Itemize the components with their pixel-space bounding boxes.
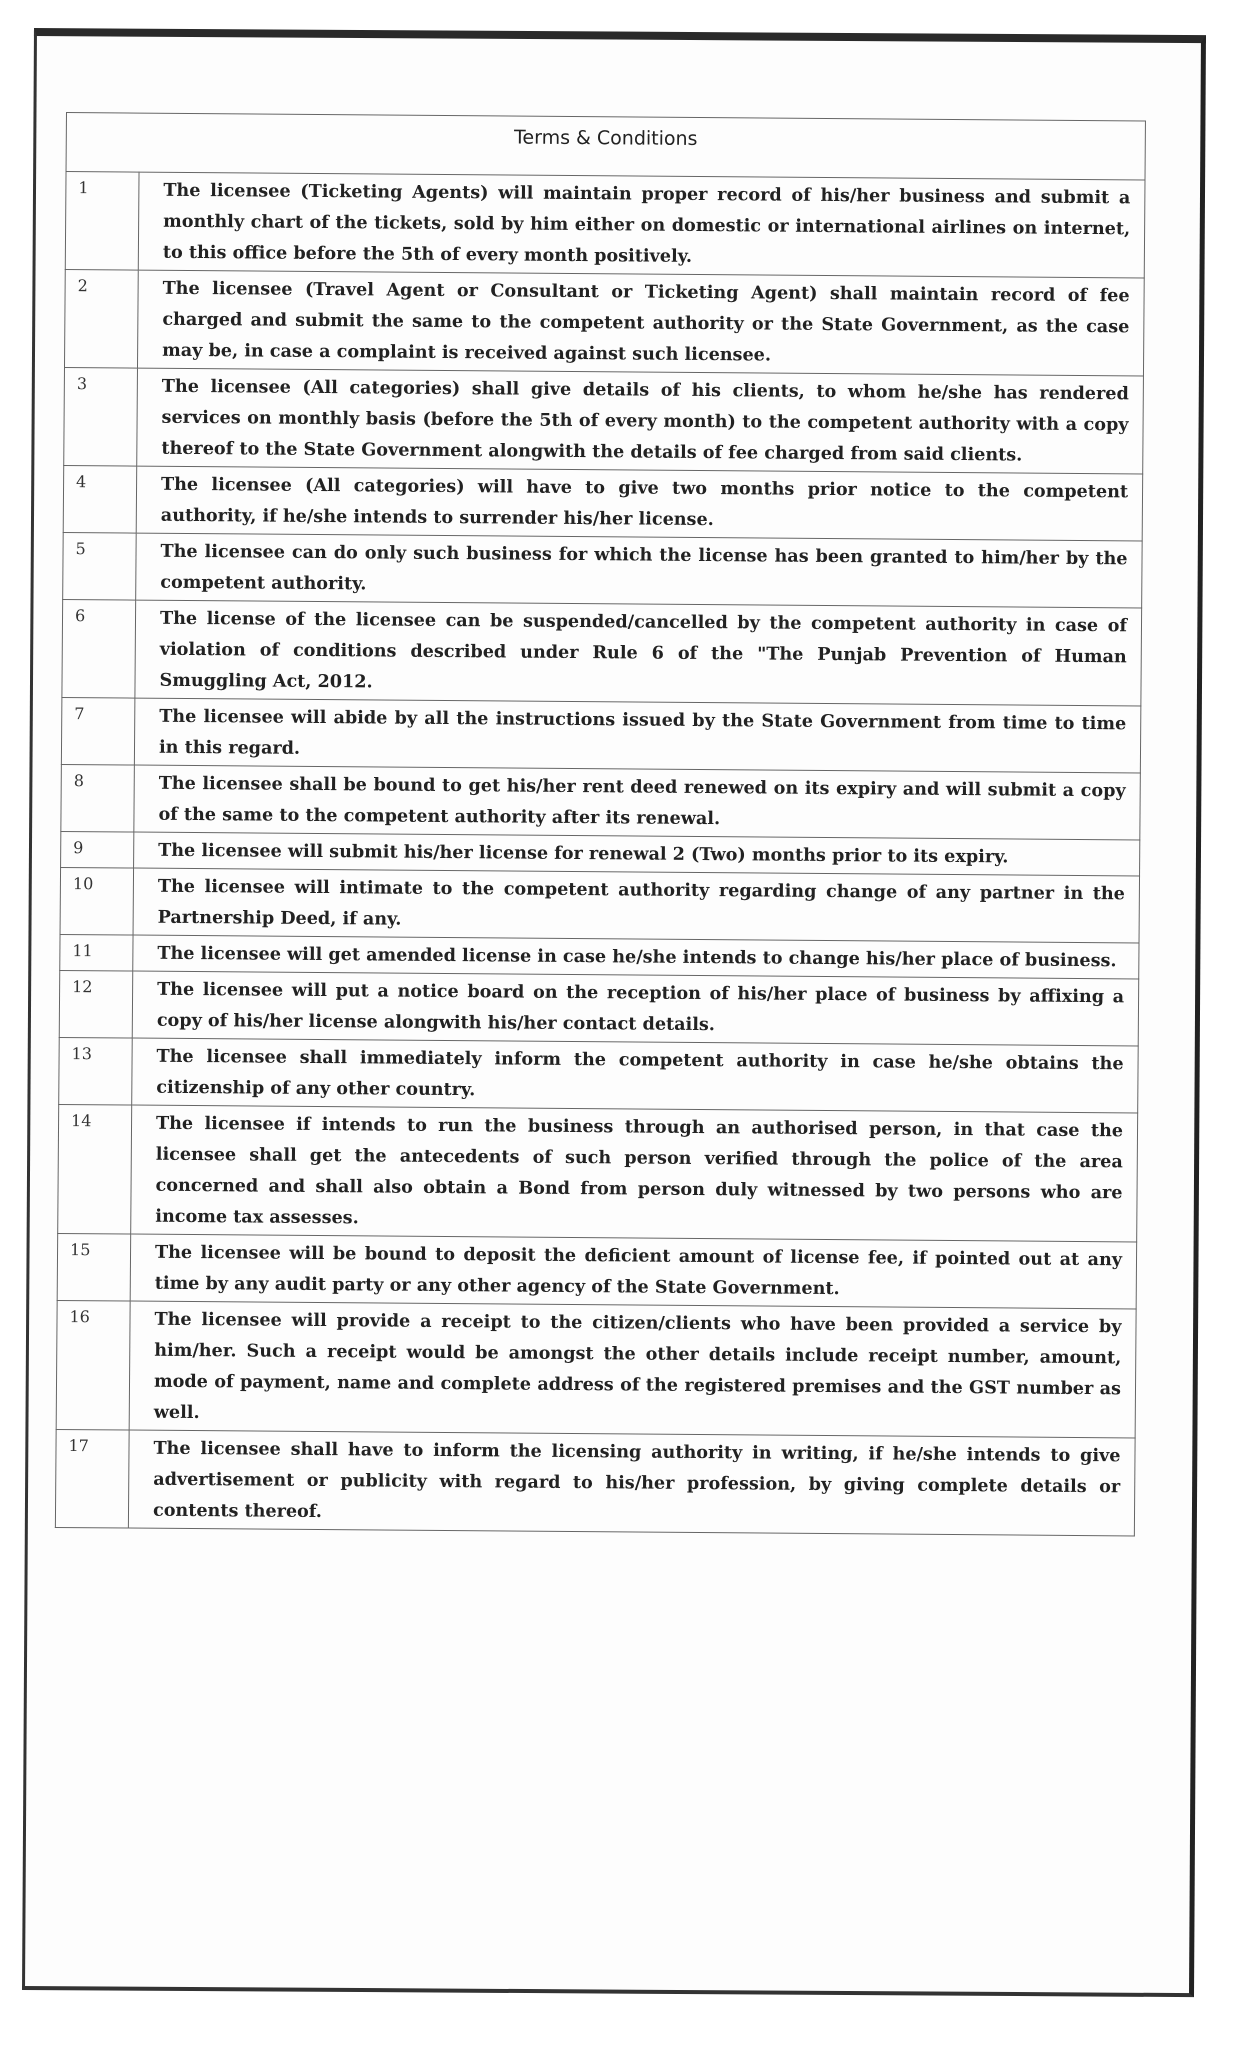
term-number: 7 xyxy=(61,697,135,765)
term-text: The licensee shall immediately inform th… xyxy=(132,1038,1138,1113)
page-title: Terms & Conditions xyxy=(66,113,1145,180)
table-row: 4The licensee (All categories) will have… xyxy=(63,465,1142,540)
term-text: The licensee (All categories) shall give… xyxy=(137,368,1144,474)
term-number: 16 xyxy=(56,1300,130,1430)
term-text: The licensee will intimate to the compet… xyxy=(133,868,1139,943)
term-text: The licensee can do only such business f… xyxy=(136,533,1142,608)
table-title-row: Terms & Conditions xyxy=(66,113,1145,180)
term-number: 14 xyxy=(58,1104,132,1234)
table-row: 10The licensee will intimate to the comp… xyxy=(60,867,1139,942)
term-text: The licensee will provide a receipt to t… xyxy=(129,1301,1136,1438)
table-row: 17The licensee shall have to inform the … xyxy=(55,1429,1135,1535)
table-row: 15The licensee will be bound to deposit … xyxy=(57,1233,1136,1308)
table-row: 8The licensee shall be bound to get his/… xyxy=(61,764,1140,839)
term-text: The licensee shall have to inform the li… xyxy=(128,1430,1135,1536)
table-row: 5The licensee can do only such business … xyxy=(63,532,1142,607)
term-number: 11 xyxy=(60,934,133,971)
table-row: 1The licensee (Ticketing Agents) will ma… xyxy=(65,172,1145,278)
term-number: 5 xyxy=(63,532,137,600)
term-text: The licensee (Ticketing Agents) will mai… xyxy=(138,172,1145,278)
term-number: 17 xyxy=(55,1429,129,1528)
term-number: 4 xyxy=(63,465,137,533)
table-row: 2The licensee (Travel Agent or Consultan… xyxy=(64,269,1144,375)
term-text: The licensee (Travel Agent or Consultant… xyxy=(137,270,1144,376)
term-number: 6 xyxy=(62,599,136,698)
term-number: 15 xyxy=(57,1233,131,1301)
term-number: 2 xyxy=(64,269,138,368)
term-number: 10 xyxy=(60,867,134,935)
term-text: The licensee (All categories) will have … xyxy=(136,466,1142,541)
terms-list: 1The licensee (Ticketing Agents) will ma… xyxy=(55,172,1145,1536)
term-number: 8 xyxy=(61,764,135,832)
table-row: 16The licensee will provide a receipt to… xyxy=(56,1300,1136,1437)
term-number: 12 xyxy=(59,970,133,1038)
table-row: 6The license of the licensee can be susp… xyxy=(62,599,1142,705)
term-text: The license of the licensee can be suspe… xyxy=(135,600,1142,706)
term-text: The licensee shall be bound to get his/h… xyxy=(134,765,1140,840)
table-row: 3The licensee (All categories) shall giv… xyxy=(64,367,1144,473)
term-number: 13 xyxy=(59,1037,133,1105)
table-row: 13The licensee shall immediately inform … xyxy=(59,1037,1138,1112)
terms-table: Terms & Conditions 1The licensee (Ticket… xyxy=(55,112,1146,1536)
table-row: 7The licensee will abide by all the inst… xyxy=(61,697,1140,772)
term-number: 1 xyxy=(65,172,139,271)
term-text: The licensee if intends to run the busin… xyxy=(131,1105,1138,1242)
term-text: The licensee will put a notice board on … xyxy=(132,971,1138,1046)
term-text: The licensee will abide by all the instr… xyxy=(134,698,1140,773)
table-row: 14The licensee if intends to run the bus… xyxy=(58,1104,1138,1241)
term-number: 9 xyxy=(61,831,134,868)
table-row: 12The licensee will put a notice board o… xyxy=(59,970,1138,1045)
term-text: The licensee will be bound to deposit th… xyxy=(130,1234,1136,1309)
term-number: 3 xyxy=(64,367,138,466)
